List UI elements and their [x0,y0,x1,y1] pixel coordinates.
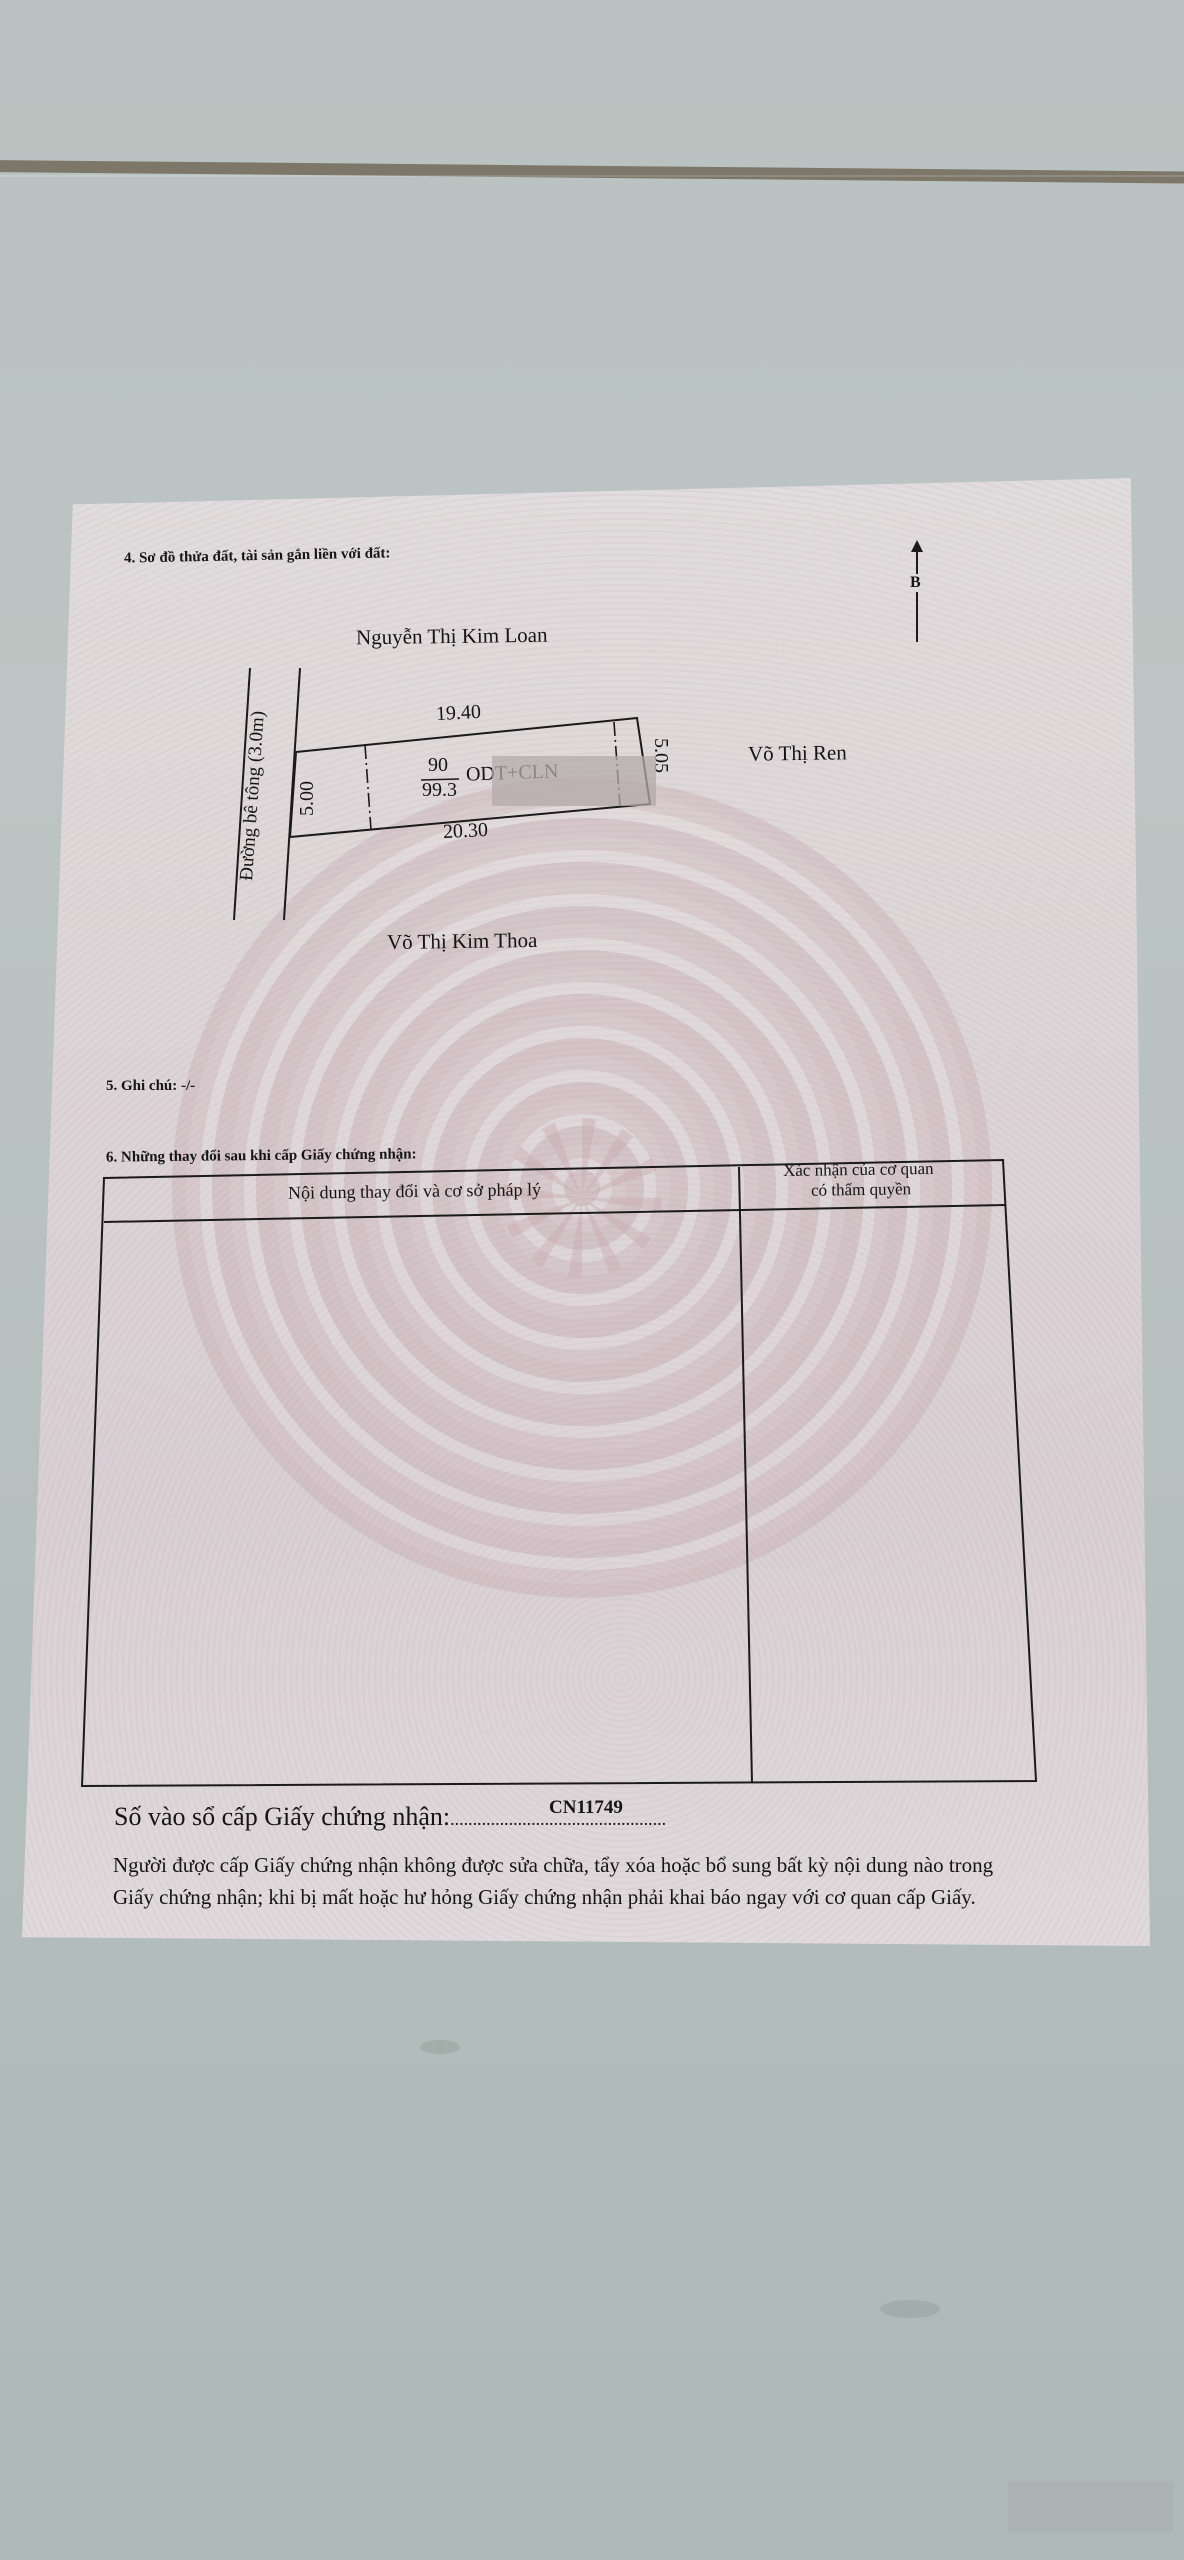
floor-stain [880,2300,940,2318]
table-header-content: Nội dung thay đổi và cơ sở pháp lý [288,1179,541,1204]
table-header-authority-line1: Xác nhận của cơ quan [783,1159,934,1181]
watermark-blur [1008,2482,1173,2532]
redacted-stamp [492,756,656,806]
registry-number: CN11749 [549,1797,623,1819]
notice-line-2: Giấy chứng nhận; khi bị mất hoặc hư hỏng… [113,1880,976,1914]
registry-label-text: Số vào sổ cấp Giấy chứng nhận: [114,1802,450,1831]
changes-table [0,0,1184,1800]
notice-line-1: Người được cấp Giấy chứng nhận không đượ… [113,1848,993,1882]
floor-stain [420,2040,460,2054]
table-header-authority-line2: có thẩm quyền [811,1179,911,1200]
